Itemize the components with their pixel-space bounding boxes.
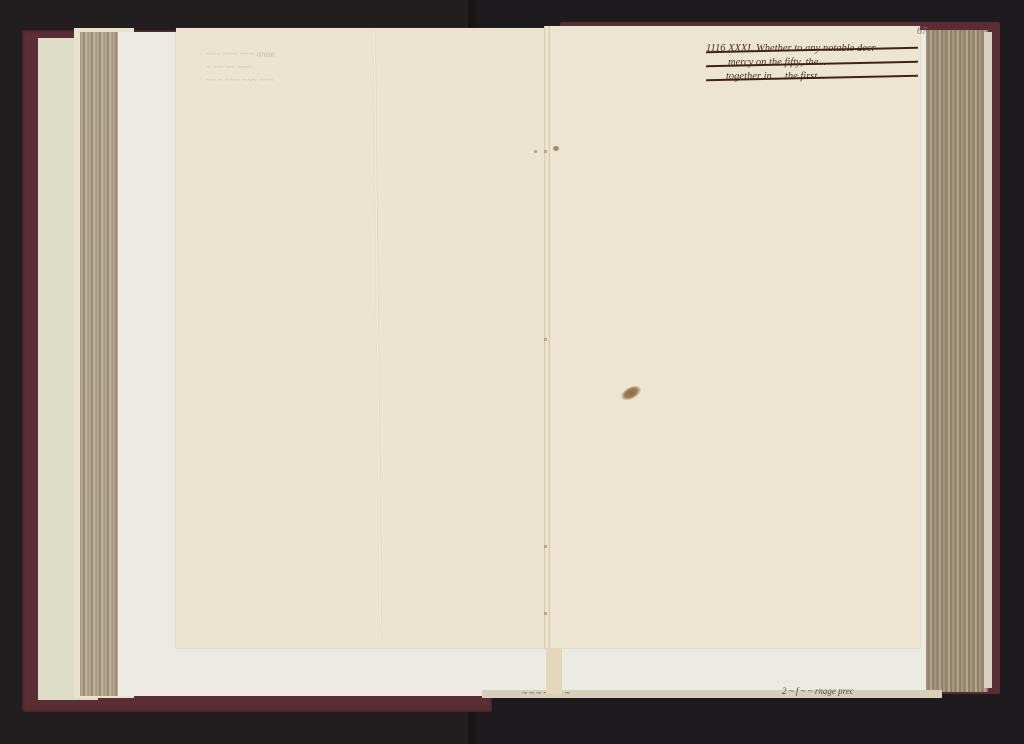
manuscript-leaf-left xyxy=(176,28,546,648)
guard-strip xyxy=(546,648,562,694)
faint-note-line: ~~ ~ ~~~ ~~~ ~~~ xyxy=(206,74,366,87)
bottom-edge-text-right: 2 ~ f ~ ~ rnage prec xyxy=(782,686,854,696)
stitch-mark xyxy=(544,338,547,341)
paper-stain xyxy=(534,150,537,153)
note-line: mercy on the fifty, the... xyxy=(706,56,918,70)
page-edges-right xyxy=(926,30,988,692)
faint-note-line: ~ ~~ ~~ ~~~ xyxy=(206,61,366,74)
folio-number: 67 xyxy=(917,26,927,37)
book-gutter xyxy=(544,26,550,648)
faint-note-line: ~~~ ~~~ ~~~ nnnn xyxy=(206,48,366,61)
manuscript-leaf-right xyxy=(548,26,920,648)
paper-stain xyxy=(553,146,559,151)
stitch-mark xyxy=(544,150,547,153)
note-line: 1116 XXXI. Whether to any notable decr xyxy=(706,42,918,56)
stitch-mark xyxy=(544,612,547,615)
page-edges-left xyxy=(80,32,122,696)
stitch-mark xyxy=(544,545,547,548)
struck-through-note: 1116 XXXI. Whether to any notable decr m… xyxy=(706,42,918,84)
faint-note-left: ~~~ ~~~ ~~~ nnnn ~ ~~ ~~ ~~~ ~~ ~ ~~~ ~~… xyxy=(206,48,366,87)
pastedown-right xyxy=(984,32,992,688)
note-line: together in ... the first... xyxy=(706,70,918,84)
